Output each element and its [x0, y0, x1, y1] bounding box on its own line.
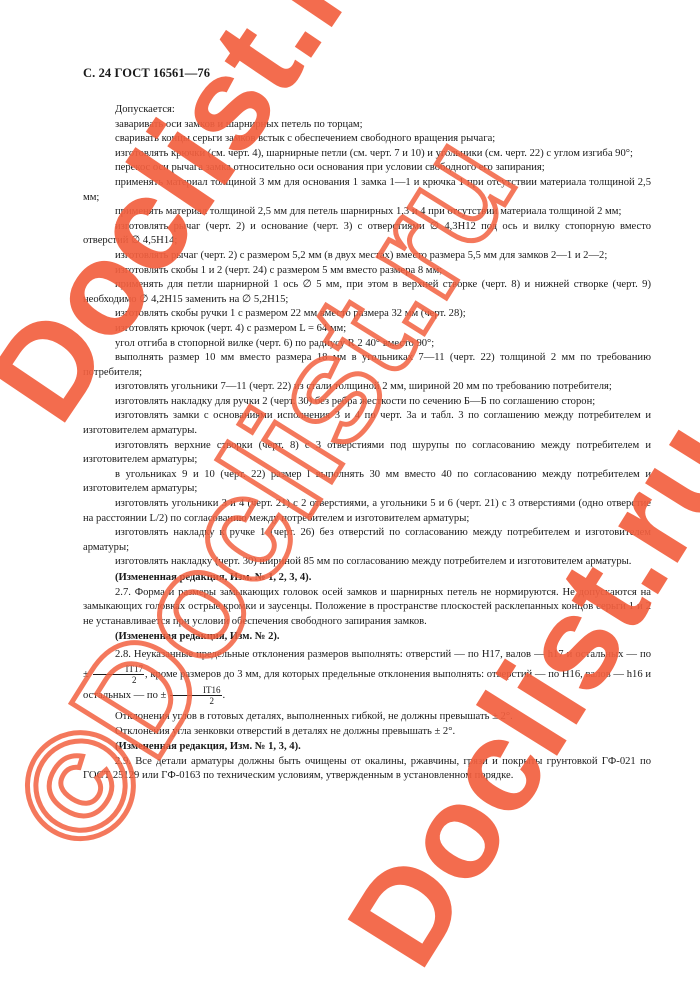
- intro-text: Допускается:: [83, 103, 651, 118]
- list-item: изготовлять крючок (черт. 4) с размером …: [83, 322, 651, 337]
- list-item: угол отгиба в стопорной вилке (черт. 6) …: [83, 337, 651, 352]
- page-header: С. 24 ГОСТ 16561—76: [83, 66, 210, 81]
- document-page: С. 24 ГОСТ 16561—76 Допускается: заварив…: [0, 0, 700, 991]
- list-item: применять материал толщиной 2,5 мм для п…: [83, 205, 651, 220]
- list-item: выполнять размер 10 мм вместо размера 18…: [83, 351, 651, 380]
- amendment-note: (Измененная редакция, Изм. № 2).: [83, 630, 651, 645]
- fraction-it16: IT162: [170, 685, 222, 706]
- allowance-list: заваривать оси замков и шарнирных петель…: [83, 118, 651, 570]
- section-2-8: 2.8. Неуказанные предельные отклонения р…: [83, 645, 651, 706]
- document-body: Допускается: заваривать оси замков и шар…: [83, 103, 651, 784]
- section-2-7: 2.7. Форма и размеры замыкающих головок …: [83, 586, 651, 630]
- list-item: изготовлять рычаг (черт. 2) и основание …: [83, 220, 651, 249]
- list-item: заваривать оси замков и шарнирных петель…: [83, 118, 651, 133]
- angle-deviation-bend: Отклонения углов в готовых деталях, выпо…: [83, 710, 651, 725]
- list-item: в угольниках 9 и 10 (черт. 22) размер l …: [83, 468, 651, 497]
- list-item: перекос оси рычага замка относительно ос…: [83, 161, 651, 176]
- list-item: изготовлять накладку к ручке 1 (черт. 26…: [83, 526, 651, 555]
- list-item: сваривать концы серьги замков встык с об…: [83, 132, 651, 147]
- list-item: изготовлять накладку (черт. 30) шириной …: [83, 555, 651, 570]
- list-item: применять для петли шарнирной 1 ось ∅ 5 …: [83, 278, 651, 307]
- amendment-note: (Измененная редакция, Изм. № 1, 2, 3, 4)…: [83, 571, 651, 586]
- section-2-9: 2.9. Все детали арматуры должны быть очи…: [83, 755, 651, 784]
- list-item: изготовлять крючки (см. черт. 4), шарнир…: [83, 147, 651, 162]
- list-item: применять материал толщиной 3 мм для осн…: [83, 176, 651, 205]
- list-item: изготовлять накладку для ручки 2 (черт. …: [83, 395, 651, 410]
- list-item: изготовлять рычаг (черт. 2) с размером 5…: [83, 249, 651, 264]
- angle-deviation-countersink: Отклонения угла зенковки отверстий в дет…: [83, 725, 651, 740]
- list-item: изготовлять угольники 3 и 4 (черт. 21) с…: [83, 497, 651, 526]
- list-item: изготовлять скобы ручки 1 с размером 22 …: [83, 307, 651, 322]
- list-item: изготовлять скобы 1 и 2 (черт. 24) с раз…: [83, 264, 651, 279]
- list-item: изготовлять угольники 7—11 (черт. 22) из…: [83, 380, 651, 395]
- fraction-it17: IT172: [93, 664, 145, 685]
- list-item: изготовлять замки с основаниями исполнен…: [83, 409, 651, 438]
- amendment-note: (Измененная редакция, Изм. № 1, 3, 4).: [83, 740, 651, 755]
- list-item: изготовлять верхние створки (черт. 8) с …: [83, 439, 651, 468]
